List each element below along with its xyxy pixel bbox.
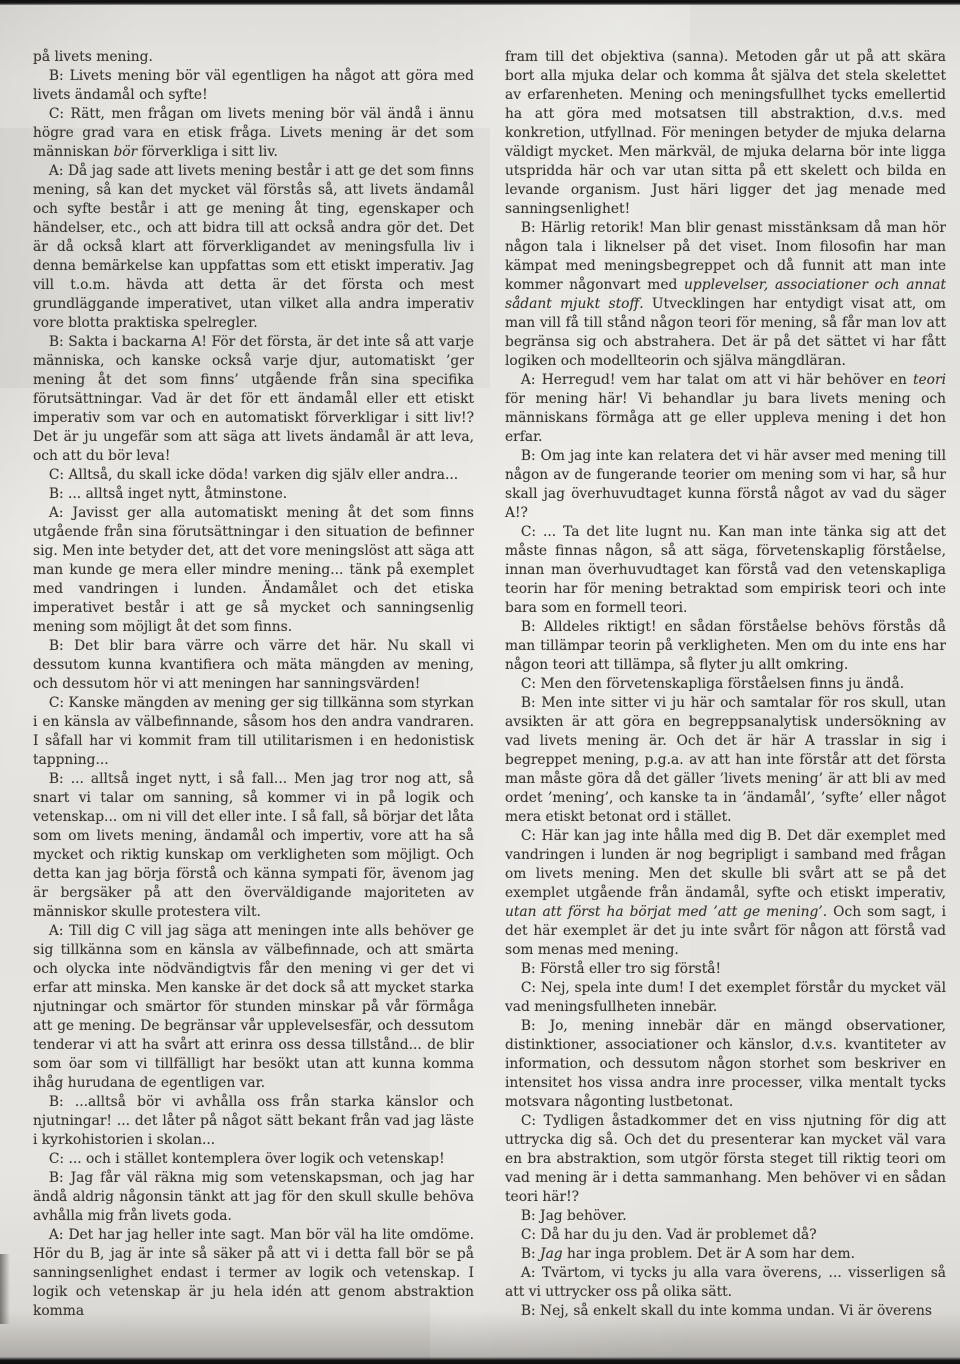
text-run: B: Det blir bara värre och värre det här… <box>33 638 474 692</box>
italic-text-run: bör <box>113 144 137 160</box>
text-run: förverkliga i sitt liv. <box>137 144 278 160</box>
dialogue-paragraph: C: Tydligen åstadkommer det en viss njut… <box>505 1112 946 1207</box>
text-run: C: Nej, spela inte dum! I det exemplet f… <box>505 980 946 1015</box>
dialogue-paragraph: B: Härlig retorik! Man blir genast misst… <box>505 219 946 371</box>
italic-text-run: utan att först ha börjat med ’att ge men… <box>505 904 827 920</box>
dialogue-paragraph: C: Men den förvetenskapliga förståelsen … <box>505 675 946 694</box>
dialogue-paragraph: C: Kanske mängden av mening ger sig till… <box>33 694 474 770</box>
dialogue-paragraph: B: Men inte sitter vi ju här och samtala… <box>505 694 946 827</box>
text-run: A: Då jag sade att livets mening består … <box>33 163 474 331</box>
dialogue-paragraph: B: Om jag inte kan relatera det vi här a… <box>505 447 946 523</box>
text-run: B: Om jag inte kan relatera det vi här a… <box>505 448 946 521</box>
text-run: för mening här! Vi behandlar ju bara liv… <box>505 391 946 445</box>
dialogue-paragraph: B: Jo, mening innebär där en mängd obser… <box>505 1017 946 1112</box>
text-columns: på livets mening.B: Livets mening bör vä… <box>33 48 946 1321</box>
dialogue-paragraph: A: Det har jag heller inte sagt. Man bör… <box>33 1226 474 1321</box>
text-run: B: Men inte sitter vi ju här och samtala… <box>505 695 946 825</box>
dialogue-paragraph: fram till det objektiva (sanna). Metoden… <box>505 48 946 219</box>
dialogue-paragraph: C: ... och i stället kontemplera över lo… <box>33 1150 474 1169</box>
text-run: B: Jo, mening innebär där en mängd obser… <box>505 1018 946 1110</box>
right-column: fram till det objektiva (sanna). Metoden… <box>505 48 946 1321</box>
text-run: på livets mening. <box>33 49 153 65</box>
text-run: har inga problem. Det är A som har dem. <box>563 1246 855 1262</box>
text-run: fram till det objektiva (sanna). Metoden… <box>505 49 946 217</box>
dialogue-paragraph: A: Herregud! vem har talat om att vi här… <box>505 371 946 447</box>
dialogue-paragraph: C: ... Ta det lite lugnt nu. Kan man int… <box>505 523 946 618</box>
text-run: B: ... alltså inget nytt, åtminstone. <box>49 486 287 502</box>
dialogue-paragraph: A: Då jag sade att livets mening består … <box>33 162 474 333</box>
text-run: C: Tydligen åstadkommer det en viss njut… <box>505 1113 946 1205</box>
dialogue-paragraph: A: Javisst ger alla automatiskt mening å… <box>33 504 474 637</box>
dialogue-paragraph: på livets mening. <box>33 48 474 67</box>
text-run: B: Sakta i backarna A! För det första, ä… <box>33 334 474 464</box>
text-run: B: ...alltså bör vi avhålla oss från sta… <box>33 1094 474 1148</box>
dialogue-paragraph: B: Livets mening bör väl egentligen ha n… <box>33 67 474 105</box>
text-run: C: Alltså, du skall icke döda! varken di… <box>49 467 458 483</box>
dialogue-paragraph: B: ... alltså inget nytt, åtminstone. <box>33 485 474 504</box>
dialogue-paragraph: B: Det blir bara värre och värre det här… <box>33 637 474 694</box>
text-run: B: Livets mening bör väl egentligen ha n… <box>33 68 474 103</box>
dialogue-paragraph: B: Förstå eller tro sig förstå! <box>505 960 946 979</box>
left-column: på livets mening.B: Livets mening bör vä… <box>33 48 474 1321</box>
text-run: C: Då har du ju den. Vad är problemet då… <box>521 1227 817 1243</box>
dialogue-paragraph: B: Jag har inga problem. Det är A som ha… <box>505 1245 946 1264</box>
text-run: B: ... alltså inget nytt, i så fall... M… <box>33 771 474 920</box>
text-run: A: Tvärtom, vi tycks ju alla vara överen… <box>505 1265 946 1300</box>
text-run: C: Här kan jag inte hålla med dig B. Det… <box>505 828 946 901</box>
text-run: B: Jag får väl räkna mig som vetenskapsm… <box>33 1170 474 1224</box>
scan-edge-top <box>0 0 960 5</box>
text-run: A: Javisst ger alla automatiskt mening å… <box>33 505 474 635</box>
text-run: A: Till dig C vill jag säga att meningen… <box>33 923 474 1091</box>
text-run: C: ... och i stället kontemplera över lo… <box>49 1151 445 1167</box>
book-page: på livets mening.B: Livets mening bör vä… <box>0 0 960 1364</box>
text-run: B: Alldeles riktigt! en sådan förståelse… <box>505 619 946 673</box>
text-run: A: Det har jag heller inte sagt. Man bör… <box>33 1227 474 1319</box>
dialogue-paragraph: B: ...alltså bör vi avhålla oss från sta… <box>33 1093 474 1150</box>
text-run: C: Kanske mängden av mening ger sig till… <box>33 695 474 768</box>
text-run: B: Jag behöver. <box>521 1208 627 1224</box>
text-run: B: <box>521 1246 540 1262</box>
dialogue-paragraph: C: Rätt, men frågan om livets mening bör… <box>33 105 474 162</box>
dialogue-paragraph: B: ... alltså inget nytt, i så fall... M… <box>33 770 474 922</box>
italic-text-run: teori <box>913 372 946 388</box>
dialogue-paragraph: B: Sakta i backarna A! För det första, ä… <box>33 333 474 466</box>
scan-edge-bottom <box>0 1357 960 1364</box>
italic-text-run: Jag <box>540 1246 563 1262</box>
scan-corner-notch <box>0 1254 10 1324</box>
dialogue-paragraph: C: Alltså, du skall icke döda! varken di… <box>33 466 474 485</box>
dialogue-paragraph: B: Alldeles riktigt! en sådan förståelse… <box>505 618 946 675</box>
dialogue-paragraph: B: Jag får väl räkna mig som vetenskapsm… <box>33 1169 474 1226</box>
dialogue-paragraph: C: Då har du ju den. Vad är problemet då… <box>505 1226 946 1245</box>
text-run: B: Förstå eller tro sig förstå! <box>521 961 721 977</box>
text-run: C: Men den förvetenskapliga förståelsen … <box>521 676 904 692</box>
text-run: A: Herregud! vem har talat om att vi här… <box>521 372 913 388</box>
text-run: C: ... Ta det lite lugnt nu. Kan man int… <box>505 524 946 616</box>
dialogue-paragraph: B: Jag behöver. <box>505 1207 946 1226</box>
scan-shadow-bottom <box>0 1311 960 1357</box>
dialogue-paragraph: A: Tvärtom, vi tycks ju alla vara överen… <box>505 1264 946 1302</box>
dialogue-paragraph: C: Här kan jag inte hålla med dig B. Det… <box>505 827 946 960</box>
dialogue-paragraph: C: Nej, spela inte dum! I det exemplet f… <box>505 979 946 1017</box>
dialogue-paragraph: A: Till dig C vill jag säga att meningen… <box>33 922 474 1093</box>
